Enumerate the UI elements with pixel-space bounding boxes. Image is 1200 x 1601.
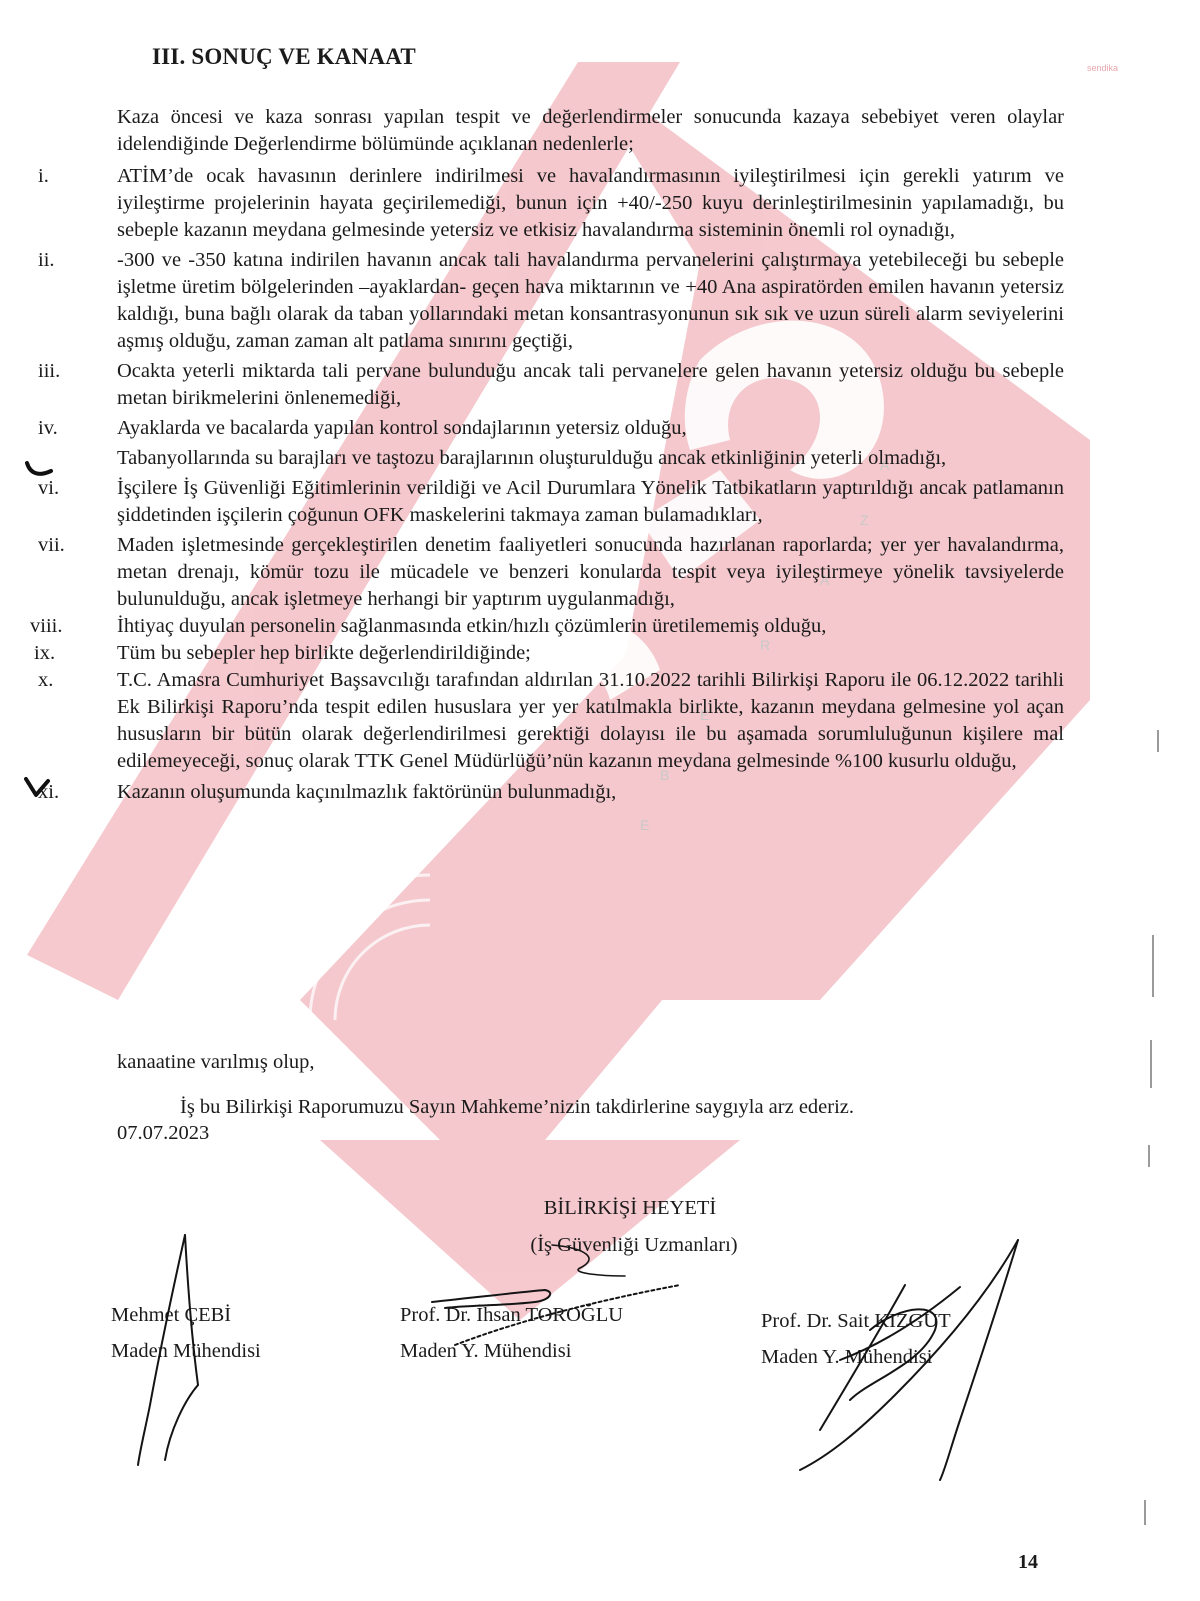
intro-paragraph: Kaza öncesi ve kaza sonrası yapılan tesp…	[117, 104, 1064, 158]
item-marker: x.	[38, 667, 53, 694]
section-title: III. SONUÇ VE KANAAT	[152, 44, 416, 70]
item-marker: ii.	[38, 247, 55, 274]
item-marker: viii.	[30, 613, 62, 640]
committee-subtitle: (İş Güvenliği Uzmanları)	[0, 1234, 1200, 1257]
item-text: İşçilere İş Güvenliği Eğitimlerinin veri…	[117, 475, 1064, 529]
scan-artifact	[1148, 1145, 1150, 1167]
item-text: Ayaklarda ve bacalarda yapılan kontrol s…	[117, 415, 1064, 442]
signatory-title: Maden Y. Mühendisi	[400, 1333, 623, 1369]
signatory-block: Prof. Dr. Sait KIZGUT Maden Y. Mühendisi	[761, 1303, 951, 1375]
conclusions-list: i. ATİM’de ocak havasının derinlere indi…	[0, 163, 1200, 806]
list-item: vii. Maden işletmesinde gerçekleştirilen…	[0, 532, 1200, 613]
list-item: i. ATİM’de ocak havasının derinlere indi…	[0, 163, 1200, 244]
signatory-title: Maden Y. Mühendisi	[761, 1339, 951, 1375]
list-item: iii. Ocakta yeterli miktarda tali pervan…	[0, 358, 1200, 412]
item-marker: vii.	[38, 532, 65, 559]
item-text: Tabanyollarında su barajları ve taştozu …	[117, 445, 1064, 472]
item-marker: iv.	[38, 415, 58, 442]
signatory-name: Prof. Dr. İhsan TOROĞLU	[400, 1297, 623, 1333]
item-marker: iii.	[38, 358, 60, 385]
closing-statement: kanaatine varılmış olup,	[117, 1049, 315, 1076]
signatory-block: Mehmet ÇEBİ Maden Mühendisi	[111, 1297, 261, 1369]
corner-stamp: sendika	[1087, 63, 1118, 73]
item-text: -300 ve -350 katına indirilen havanın an…	[117, 247, 1064, 355]
report-date: 07.07.2023	[117, 1120, 209, 1147]
item-text: ATİM’de ocak havasının derinlere indiril…	[117, 163, 1064, 244]
list-item: Tabanyollarında su barajları ve taştozu …	[0, 445, 1200, 472]
item-text: Maden işletmesinde gerçekleştirilen dene…	[117, 532, 1064, 613]
item-marker: xi.	[38, 779, 59, 806]
item-text: Ocakta yeterli miktarda tali pervane bul…	[117, 358, 1064, 412]
list-item: xi. Kazanın oluşumunda kaçınılmazlık fak…	[0, 779, 1200, 806]
scan-artifact	[1150, 1040, 1152, 1088]
item-marker: vi.	[38, 475, 59, 502]
committee-title: BİLİRKİŞİ HEYETİ	[0, 1197, 1200, 1220]
list-item: x. T.C. Amasra Cumhuriyet Başsavcılığı t…	[0, 667, 1200, 775]
list-item: ii. -300 ve -350 katına indirilen havanı…	[0, 247, 1200, 355]
signatory-block: Prof. Dr. İhsan TOROĞLU Maden Y. Mühendi…	[400, 1297, 623, 1369]
list-item: ix. Tüm bu sebepler hep birlikte değerle…	[0, 640, 1200, 667]
signatory-name: Mehmet ÇEBİ	[111, 1297, 261, 1333]
list-item: viii. İhtiyaç duyulan personelin sağlanm…	[0, 613, 1200, 640]
item-marker: i.	[38, 163, 49, 190]
item-text: T.C. Amasra Cumhuriyet Başsavcılığı tara…	[117, 667, 1064, 775]
document-page: III. SONUÇ VE KANAAT sendika Kaza öncesi…	[0, 0, 1200, 1601]
list-item: vi. İşçilere İş Güvenliği Eğitimlerinin …	[0, 475, 1200, 529]
signatory-name: Prof. Dr. Sait KIZGUT	[761, 1303, 951, 1339]
item-text: Kazanın oluşumunda kaçınılmazlık faktörü…	[117, 779, 1064, 806]
scan-artifact	[1157, 730, 1159, 752]
scan-artifact	[1152, 935, 1154, 997]
scan-artifact	[1144, 1500, 1146, 1525]
signatory-title: Maden Mühendisi	[111, 1333, 261, 1369]
item-text: İhtiyaç duyulan personelin sağlanmasında…	[117, 613, 1064, 640]
list-item: iv. Ayaklarda ve bacalarda yapılan kontr…	[0, 415, 1200, 442]
item-marker: ix.	[34, 640, 55, 667]
submission-statement: İş bu Bilirkişi Raporumuzu Sayın Mahkeme…	[180, 1094, 854, 1121]
page-number: 14	[1018, 1551, 1038, 1574]
item-text: Tüm bu sebepler hep birlikte değerlendir…	[117, 640, 1064, 667]
